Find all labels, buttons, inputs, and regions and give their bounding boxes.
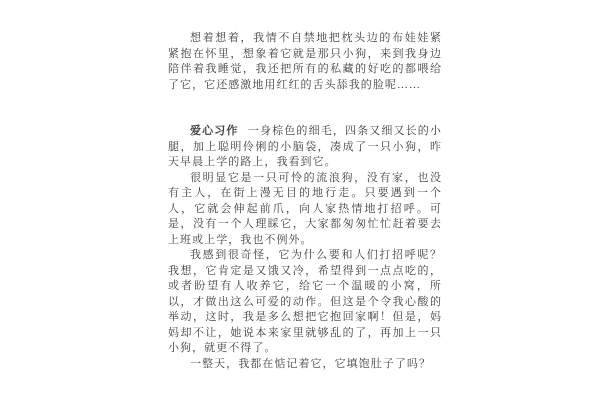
paragraph-text: 想着想着，我情不自禁地把枕头边的布娃娃紧紧抱在怀里，想象着它就是那只小狗，来到我… (168, 32, 442, 91)
paragraph-text: 一整天，我都在惦记着它，它填饱肚子了吗？ (190, 358, 431, 370)
paragraph-text: 我感到很奇怪，它为什么要和人们打招呼呢？我想，它肯定是又饿又冷，希望得到一点点吃… (168, 249, 442, 354)
paragraph-wondering: 我感到很奇怪，它为什么要和人们打招呼呢？我想，它肯定是又饿又冷，希望得到一点点吃… (168, 248, 442, 357)
paragraph-text: 很明显它是一只可怜的流浪狗，没有家，也没有主人，在街上漫无目的地行走。只要遇到一… (168, 172, 442, 246)
paragraph-doll-hugging: 想着想着，我情不自禁地把枕头边的布娃娃紧紧抱在怀里，想象着它就是那只小狗，来到我… (168, 31, 442, 93)
paragraph-stray-dog: 很明显它是一只可怜的流浪狗，没有家，也没有主人，在街上漫无目的地行走。只要遇到一… (168, 171, 442, 249)
paragraph-closing: 一整天，我都在惦记着它，它填饱肚子了吗？ (168, 357, 442, 373)
essay-text-column: 想着想着，我情不自禁地把枕头边的布娃娃紧紧抱在怀里，想象着它就是那只小狗，来到我… (168, 31, 442, 372)
section-label: 爱心习作 (190, 125, 239, 137)
scanned-page: 想着想着，我情不自禁地把枕头边的布娃娃紧紧抱在怀里，想象着它就是那只小狗，来到我… (0, 0, 600, 400)
paragraph-essay-opening: 爱心习作一身棕色的细毛，四条又细又长的小腿，加上聪明伶俐的小脑袋，凑成了一只小狗… (168, 124, 442, 171)
